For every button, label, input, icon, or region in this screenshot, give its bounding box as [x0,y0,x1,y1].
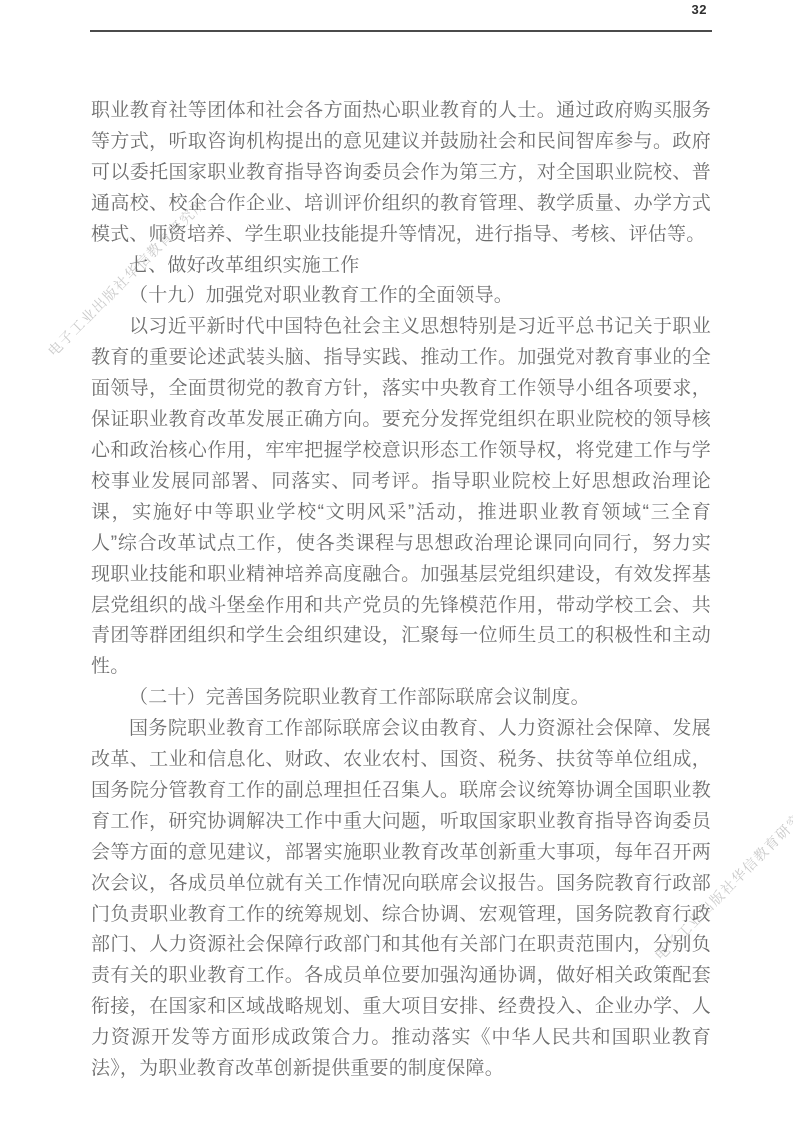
item-heading-nineteen: （十九）加强党对职业教育工作的全面领导。 [91,281,711,312]
page-number: 32 [692,2,707,17]
paragraph-continuation: 职业教育社等团体和社会各方面热心职业教育的人士。通过政府购买服务等方式，听取咨询… [91,96,711,251]
item-heading-twenty: （二十）完善国务院职业教育工作部际联席会议制度。 [91,683,711,714]
header-rule [90,30,712,32]
paragraph-twenty-body: 国务院职业教育工作部际联席会议由教育、人力资源社会保障、发展改革、工业和信息化、… [91,714,711,1085]
document-body: 职业教育社等团体和社会各方面热心职业教育的人士。通过政府购买服务等方式，听取咨询… [91,96,711,1085]
document-page: 电子工业出版社华信教育研究所 电子工业出版社华信教育研究所 32 职业教育社等团… [0,0,793,1122]
paragraph-nineteen-body: 以习近平新时代中国特色社会主义思想特别是习近平总书记关于职业教育的重要论述武装头… [91,312,711,683]
section-heading-seven: 七、做好改革组织实施工作 [91,251,711,282]
